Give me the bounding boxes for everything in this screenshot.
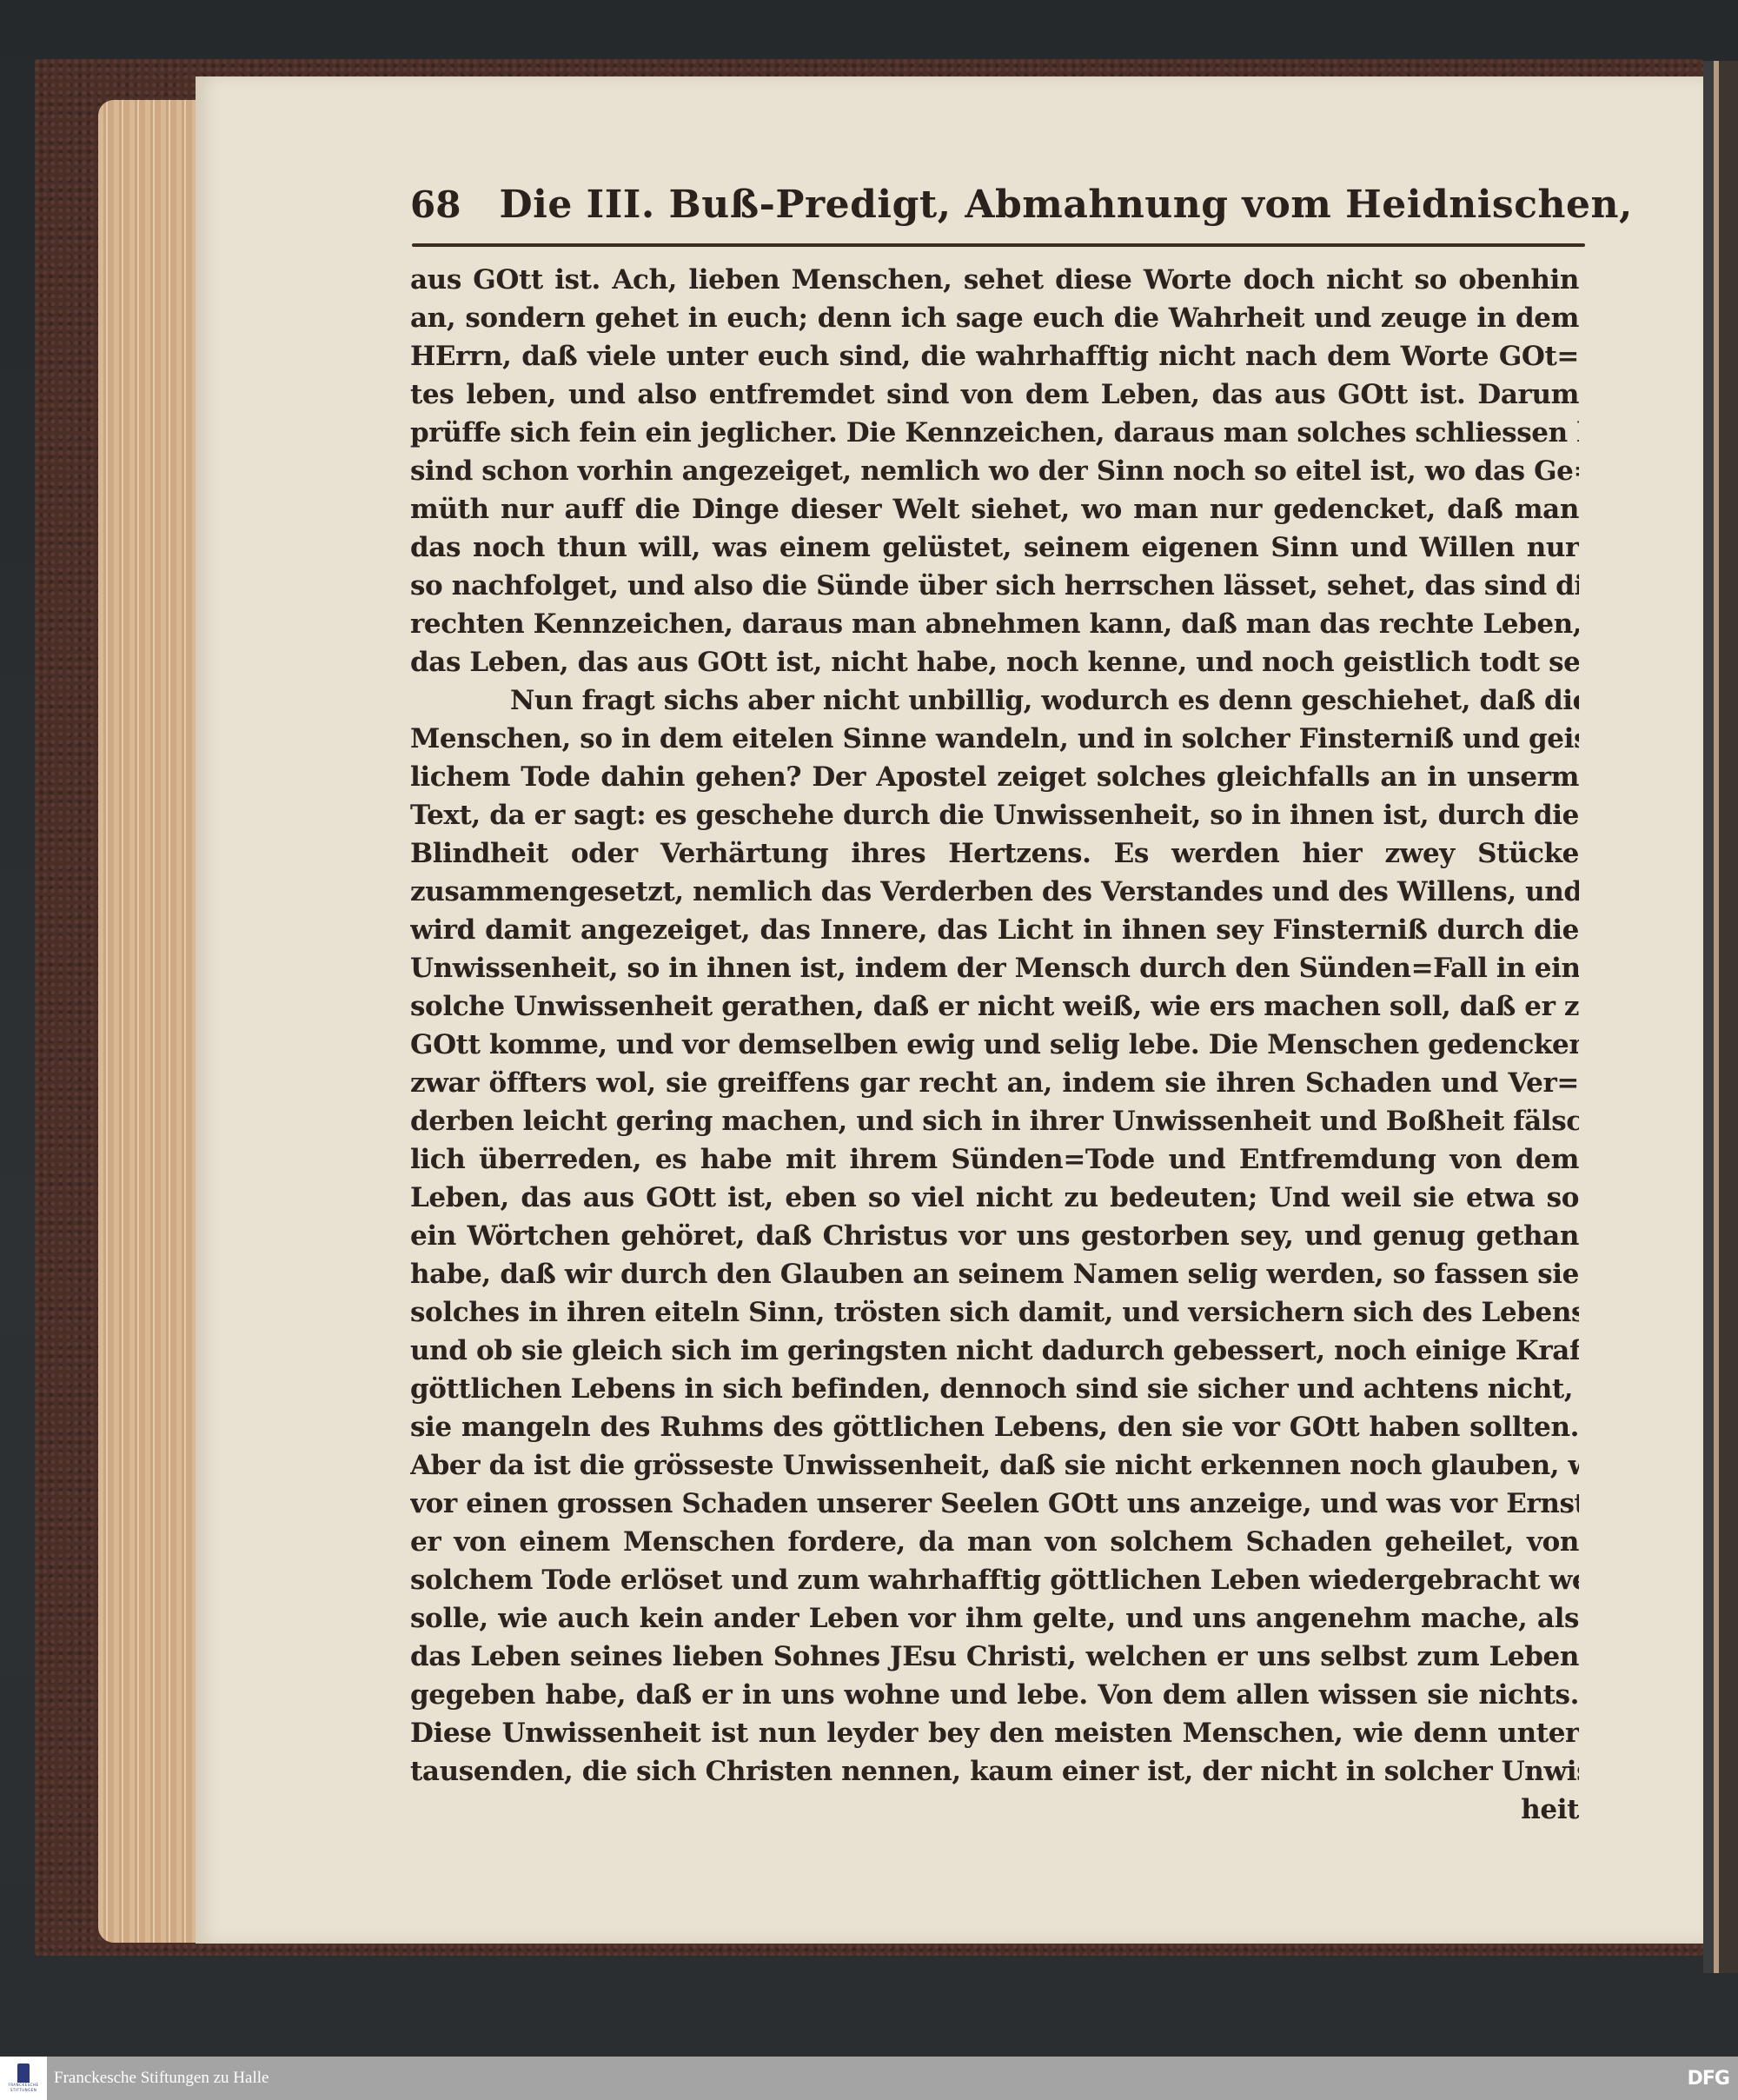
text-line: sind schon vorhin angezeiget, nemlich wo… xyxy=(410,452,1579,490)
footer-bar: FRANCKESCHE STIFTUNGEN Franckesche Stift… xyxy=(0,2057,1738,2100)
text-line: und ob sie gleich sich im geringsten nic… xyxy=(410,1332,1579,1370)
text-line: Unwissenheit, so in ihnen ist, indem der… xyxy=(410,949,1579,987)
running-title: Die III. Buß-Predigt, Abmahnung vom Heid… xyxy=(499,183,1632,227)
institution-logo[interactable]: FRANCKESCHE STIFTUNGEN xyxy=(0,2057,47,2100)
text-line: solches in ihren eiteln Sinn, trösten si… xyxy=(410,1293,1579,1332)
dfg-logo[interactable]: DFG xyxy=(1688,2068,1729,2090)
text-line: müth nur auff die Dinge dieser Welt sieh… xyxy=(410,490,1579,528)
text-line: das noch thun will, was einem gelüstet, … xyxy=(410,528,1579,567)
page-header: 68 Die III. Buß-Predigt, Abmahnung vom H… xyxy=(410,183,1583,235)
text-line: göttlichen Lebens in sich befinden, denn… xyxy=(410,1370,1579,1408)
text-line: GOtt komme, und vor demselben ewig und s… xyxy=(410,1026,1579,1064)
text-line: lichem Tode dahin gehen? Der Apostel zei… xyxy=(410,758,1579,796)
text-line: er von einem Menschen fordere, da man vo… xyxy=(410,1523,1579,1561)
body-text: aus GOtt ist. Ach, lieben Menschen, sehe… xyxy=(410,261,1579,1829)
text-line: prüffe sich fein ein jeglicher. Die Kenn… xyxy=(410,414,1579,452)
text-line: Leben, das aus GOtt ist, eben so viel ni… xyxy=(410,1179,1579,1217)
text-line: solchem Tode erlöset und zum wahrhafftig… xyxy=(410,1561,1579,1599)
text-line: Aber da ist die grösseste Unwissenheit, … xyxy=(410,1446,1579,1485)
text-line: so nachfolget, und also die Sünde über s… xyxy=(410,567,1579,605)
text-line: sie mangeln des Ruhms des göttlichen Leb… xyxy=(410,1408,1579,1446)
text-line: Diese Unwissenheit ist nun leyder bey de… xyxy=(410,1714,1579,1752)
text-line: gegeben habe, daß er in uns wohne und le… xyxy=(410,1676,1579,1714)
book-right-edge xyxy=(1703,61,1738,1973)
text-line: lich überreden, es habe mit ihrem Sünden… xyxy=(410,1140,1579,1179)
page-number: 68 xyxy=(410,183,461,226)
text-line: Text, da er sagt: es geschehe durch die … xyxy=(410,796,1579,834)
text-line: derben leicht gering machen, und sich in… xyxy=(410,1102,1579,1140)
text-line: tes leben, und also entfremdet sind von … xyxy=(410,375,1579,414)
text-line: das Leben, das aus GOtt ist, nicht habe,… xyxy=(410,643,1579,681)
text-line: zwar öffters wol, sie greiffens gar rech… xyxy=(410,1064,1579,1102)
text-line: zusammengesetzt, nemlich das Verderben d… xyxy=(410,873,1579,911)
text-line: HErrn, daß viele unter euch sind, die wa… xyxy=(410,337,1579,375)
text-line: das Leben seines lieben Sohnes JEsu Chri… xyxy=(410,1638,1579,1676)
text-line: aus GOtt ist. Ach, lieben Menschen, sehe… xyxy=(410,261,1579,299)
catchword: heit xyxy=(410,1791,1579,1829)
header-rule xyxy=(412,243,1585,247)
text-line: ein Wörtchen gehöret, daß Christus vor u… xyxy=(410,1217,1579,1255)
text-line: wird damit angezeiget, das Innere, das L… xyxy=(410,911,1579,949)
institution-name[interactable]: Franckesche Stiftungen zu Halle xyxy=(54,2069,269,2088)
text-line: solle, wie auch kein ander Leben vor ihm… xyxy=(410,1599,1579,1638)
text-line: solche Unwissenheit gerathen, daß er nic… xyxy=(410,987,1579,1026)
text-line: habe, daß wir durch den Glauben an seine… xyxy=(410,1255,1579,1293)
text-line: an, sondern gehet in euch; denn ich sage… xyxy=(410,299,1579,337)
text-line: Menschen, so in dem eitelen Sinne wandel… xyxy=(410,720,1579,758)
emphasized-text-line: Blindheit oder Verhärtung ihres Hertzens… xyxy=(410,834,1579,873)
franckesche-logo-icon xyxy=(17,2063,30,2083)
paragraph-start-line: Nun fragt sichs aber nicht unbillig, wod… xyxy=(410,681,1579,720)
text-line: vor einen grossen Schaden unserer Seelen… xyxy=(410,1485,1579,1523)
logo-text: STIFTUNGEN xyxy=(10,2088,36,2093)
text-line: tausenden, die sich Christen nennen, kau… xyxy=(410,1752,1579,1791)
page-edges xyxy=(98,100,198,1943)
text-line: rechten Kennzeichen, daraus man abnehmen… xyxy=(410,605,1579,643)
